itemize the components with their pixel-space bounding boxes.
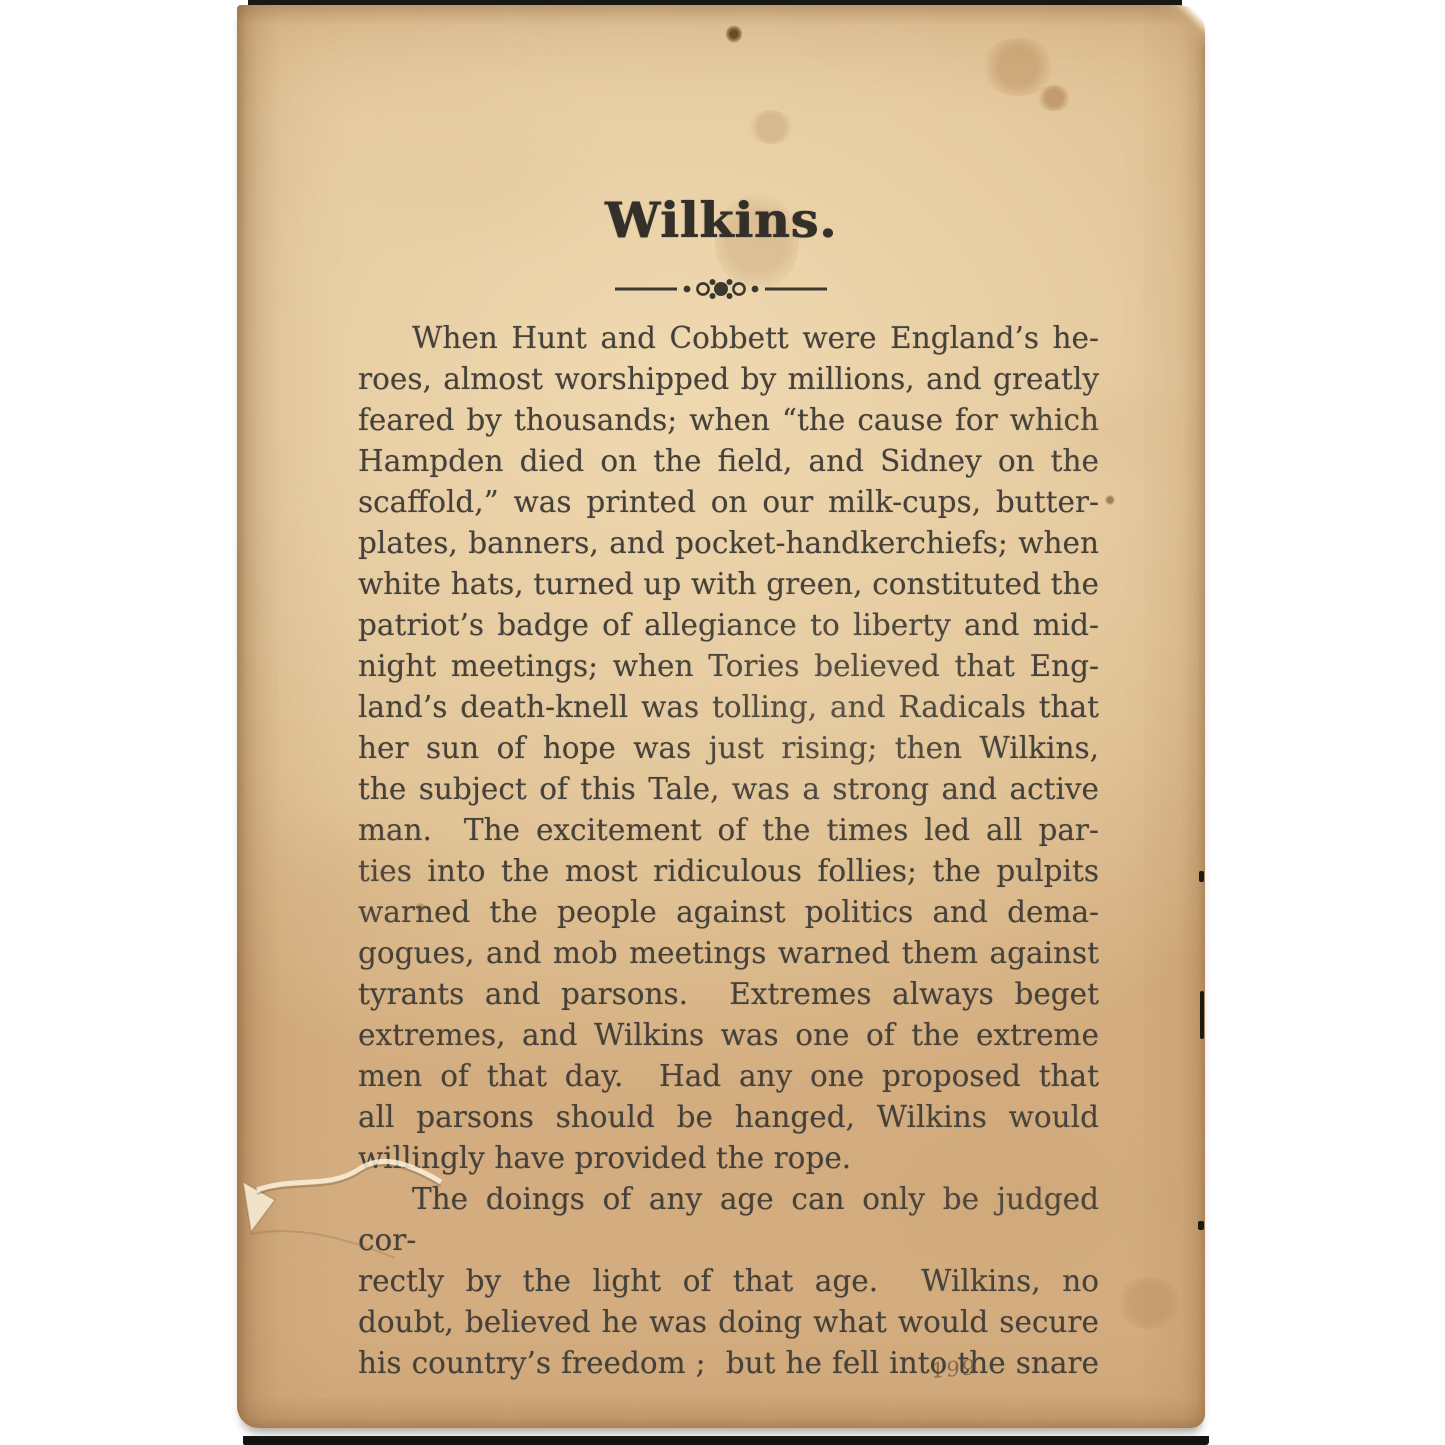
text-line: his country’s freedom ; but he fell into…: [358, 1343, 1099, 1384]
paper-speck: [1105, 495, 1115, 505]
text-line: roes, almost worshipped by millions, and…: [358, 359, 1099, 400]
text-line: the subject of this Tale, was a strong a…: [358, 769, 1099, 810]
text-line: The doings of any age can only be judged…: [358, 1179, 1099, 1261]
text-line: rectly by the light of that age. Wilkins…: [358, 1261, 1099, 1302]
text-line: warned the people against politics and d…: [358, 892, 1099, 933]
text-line: When Hunt and Cobbett were England’s he-: [358, 318, 1099, 359]
edge-dark-mark: [1199, 871, 1204, 882]
text-line: ties into the most ridiculous follies; t…: [358, 851, 1099, 892]
scanned-document: Wilkins. When Hunt and Cobbett were Engl…: [0, 0, 1445, 1445]
page-title: Wilkins.: [237, 191, 1205, 249]
text-line: all parsons should be hanged, Wilkins wo…: [358, 1097, 1099, 1138]
text-line: night meetings; when Tories believed tha…: [358, 646, 1099, 687]
ink-spot-stain: [726, 25, 742, 43]
paper-stain: [981, 38, 1055, 96]
text-line: Hampden died on the field, and Sidney on…: [358, 441, 1099, 482]
text-line: doubt, believed he was doing what would …: [358, 1302, 1099, 1343]
ornamental-rule-icon: [615, 277, 827, 301]
text-line: extremes, and Wilkins was one of the ext…: [358, 1015, 1099, 1056]
text-line: willingly have provided the rope.: [358, 1138, 1099, 1179]
edge-dark-mark: [1198, 1221, 1204, 1230]
text-line: men of that day. Had any one proposed th…: [358, 1056, 1099, 1097]
paper-stain: [1117, 1277, 1181, 1329]
paper-stain: [1037, 85, 1071, 111]
paper-stain: [749, 110, 793, 144]
text-line: land’s death-knell was tolling, and Radi…: [358, 687, 1099, 728]
text-line: feared by thousands; when “the cause for…: [358, 400, 1099, 441]
text-line: plates, banners, and pocket-handkerchief…: [358, 523, 1099, 564]
text-line: her sun of hope was just rising; then Wi…: [358, 728, 1099, 769]
text-line: white hats, turned up with green, consti…: [358, 564, 1099, 605]
scanner-background-bottom-strip: [243, 1436, 1209, 1445]
text-line: tyrants and parsons. Extremes always beg…: [358, 974, 1099, 1015]
text-line: man. The excitement of the times led all…: [358, 810, 1099, 851]
page-number: 199: [931, 1355, 977, 1383]
text-line: patriot’s badge of allegiance to liberty…: [358, 605, 1099, 646]
edge-dark-mark: [1200, 991, 1204, 1039]
text-line: scaffold,” was printed on our milk-cups,…: [358, 482, 1099, 523]
text-block: When Hunt and Cobbett were England’s he-…: [358, 318, 1099, 1384]
text-line: gogues, and mob meetings warned them aga…: [358, 933, 1099, 974]
book-page: Wilkins. When Hunt and Cobbett were Engl…: [237, 5, 1205, 1428]
page-corner-curl: [1147, 5, 1205, 47]
